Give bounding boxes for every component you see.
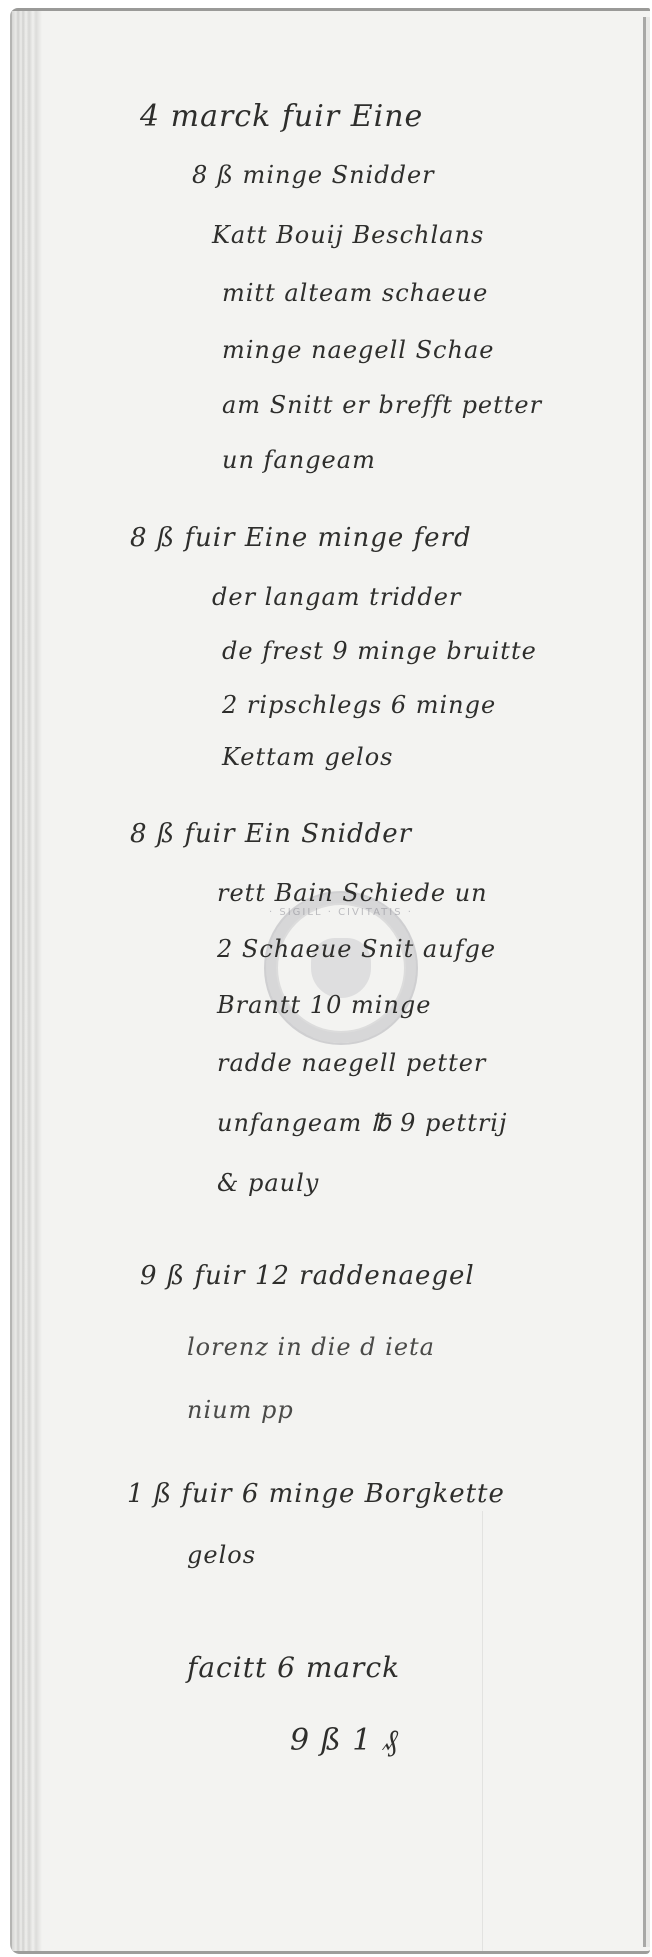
entry-line: 4 marck fuir Eine bbox=[140, 99, 423, 134]
entry-line: & pauly bbox=[217, 1169, 319, 1197]
entry-line: mitt alteam schaeue bbox=[222, 279, 488, 307]
entry-line: 8 ß fuir Eine minge ferd bbox=[130, 523, 472, 553]
entry-line: 1 ß fuir 6 minge Borgkette bbox=[127, 1479, 505, 1509]
entry-line: radde naegell petter bbox=[217, 1049, 486, 1077]
entry-line: 9 ß fuir 12 raddenaegel bbox=[140, 1261, 475, 1291]
total-line-shillings: 9 ß 1 ₰ bbox=[290, 1723, 399, 1758]
entry-line: unfangeam ℔ 9 pettrij bbox=[217, 1109, 507, 1137]
entry-line: rett Bain Schiede un bbox=[217, 879, 488, 907]
entry-line: 8 ß fuir Ein Snidder bbox=[130, 819, 412, 849]
entry-line: Brantt 10 minge bbox=[217, 991, 431, 1019]
page-binding-edge bbox=[12, 11, 42, 1951]
entry-line: minge naegell Schae bbox=[222, 336, 494, 364]
page-right-edge bbox=[643, 17, 646, 1947]
entry-line: am Snitt er brefft petter bbox=[222, 391, 542, 419]
entry-line: de frest 9 minge bruitte bbox=[222, 637, 537, 665]
manuscript-page: · SIGILL · CIVITATIS · 4 marck fuir Eine… bbox=[10, 8, 650, 1954]
entry-line: der langam tridder bbox=[212, 583, 461, 611]
entry-line: 2 Schaeue Snit aufge bbox=[217, 935, 496, 963]
entry-line: lorenz in die d ieta bbox=[187, 1333, 435, 1361]
entry-line: un fangeam bbox=[222, 446, 376, 474]
total-line-marks: facitt 6 marck bbox=[187, 1651, 400, 1684]
page-right-fold bbox=[646, 17, 650, 1947]
archive-seal-stamp: · SIGILL · CIVITATIS · bbox=[264, 891, 418, 1045]
seal-inscription: · SIGILL · CIVITATIS · bbox=[266, 907, 416, 918]
entry-line: nium pp bbox=[187, 1396, 294, 1424]
entry-line: gelos bbox=[187, 1541, 256, 1569]
entry-line: Katt Bouij Beschlans bbox=[212, 221, 484, 249]
entry-line: 8 ß minge Snidder bbox=[192, 161, 435, 189]
entry-line: 2 ripschlegs 6 minge bbox=[222, 691, 496, 719]
faint-rule-line bbox=[482, 1511, 483, 1951]
entry-line: Kettam gelos bbox=[222, 743, 393, 771]
